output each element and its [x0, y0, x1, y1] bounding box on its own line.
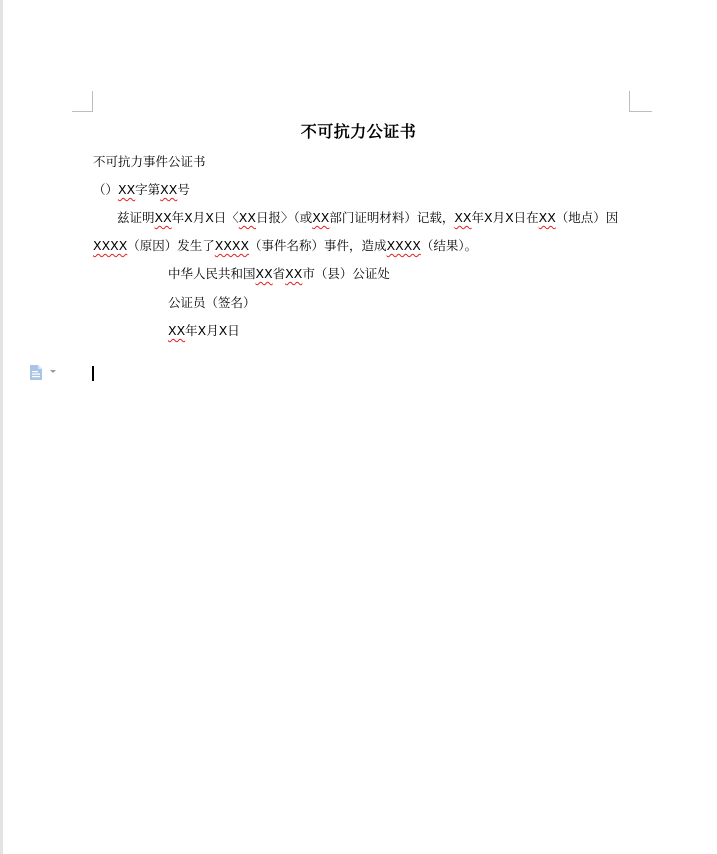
date-line: XX年X月X日: [168, 323, 240, 339]
body-paragraph-line-2: XXXX（原因）发生了XXXX（事件名称）事件，造成XXXX（结果）。: [93, 238, 477, 254]
document-title: 不可抗力公证书: [0, 119, 717, 142]
notary-office-line: 中华人民共和国XX省XX市（县）公证处: [168, 266, 390, 282]
page-corner-mark-top-right: [629, 91, 652, 112]
page-corner-mark-top-left: [72, 91, 93, 112]
text-cursor: [92, 366, 94, 381]
chevron-down-icon[interactable]: [50, 370, 56, 373]
body-paragraph-line-1: 兹证明XX年X月X日〈XX日报〉（或XX部门证明材料）记载，XX年X月X日在XX…: [117, 210, 618, 226]
document-number-line: （）XX字第XX号: [93, 182, 190, 198]
notary-signature-line: 公证员（签名）: [168, 295, 256, 311]
document-subtitle: 不可抗力事件公证书: [93, 154, 206, 170]
document-format-icon[interactable]: [30, 365, 42, 380]
